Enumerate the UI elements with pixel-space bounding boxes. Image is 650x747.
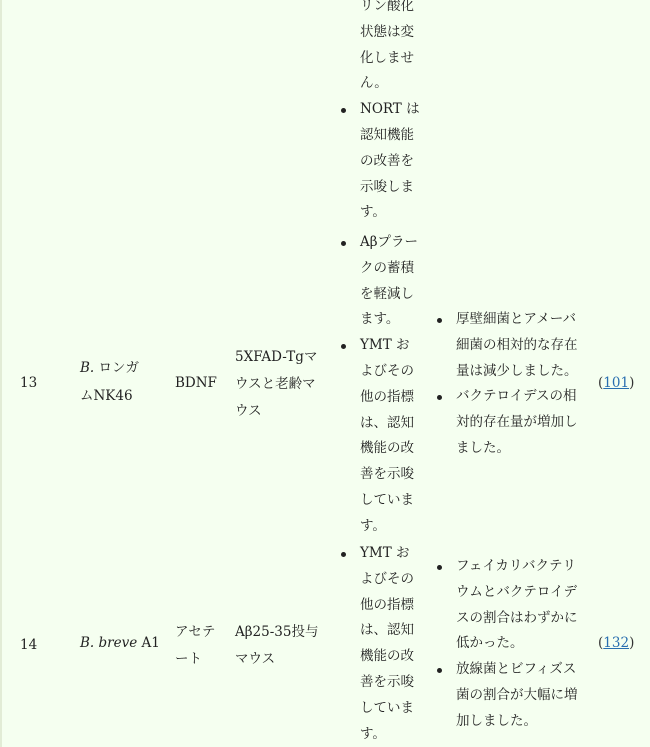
strain-name: B. ロンガ (80, 355, 139, 381)
row-number: 13 (20, 370, 37, 396)
model: 5XFAD-Tgマ (235, 344, 317, 370)
bullet-icon (341, 241, 346, 246)
findings-list: Aβプラー クの蓄積 を軽減し ます。 YMT お よびその 他の指標 は、認知… (338, 230, 433, 540)
metabolite: BDNF (175, 370, 217, 396)
microbiota-list: フェイカリバクテリ ウムとバクテロイデ スの割合はわずかに 低かった。 放線菌と… (434, 554, 594, 735)
prev-row-findings-list: リン酸化 状態は変 化しませ ん。 NORT は 認知機能 の改善を 示唆しま … (338, 0, 433, 226)
bullet-icon (437, 395, 442, 400)
bullet-icon (437, 565, 442, 570)
reference: (132) (598, 630, 634, 656)
model-cont: ウス (235, 398, 262, 424)
row-number: 14 (20, 632, 37, 658)
bullet-icon (341, 108, 346, 113)
list-item: YMT お よびその 他の指標 は、認知 機能の改 善を示唆 していま す。 (338, 333, 433, 539)
table-fragment: リン酸化 状態は変 化しませ ん。 NORT は 認知機能 の改善を 示唆しま … (0, 0, 650, 747)
bullet-icon (437, 318, 442, 323)
model-cont: ウスと老齢マ (235, 371, 316, 397)
list-item: Aβプラー クの蓄積 を軽減し ます。 (338, 230, 433, 333)
strain-name: B. breve A1 (80, 630, 160, 656)
list-item: バクテロイデスの相 対的存在量が増加し ました。 (434, 384, 594, 461)
strain-name-cont: ムNK46 (80, 383, 133, 409)
list-item: NORT は 認知機能 の改善を 示唆しま す。 (338, 97, 433, 226)
bullet-icon (341, 344, 346, 349)
reference: (101) (598, 370, 634, 396)
reference-link[interactable]: 101 (603, 375, 629, 391)
bullet-icon (437, 668, 442, 673)
model: Aβ25-35投与 (235, 619, 318, 645)
metabolite: アセテ (175, 619, 215, 645)
list-item: 厚壁細菌とアメーバ 細菌の相対的な存在 量は減少しました。 (434, 307, 594, 384)
reference-link[interactable]: 132 (603, 635, 629, 651)
list-item: YMT お よびその 他の指標 は、認知 機能の改 善を示唆 していま す。 (338, 541, 433, 747)
list-item: リン酸化 状態は変 化しませ ん。 (338, 0, 433, 97)
bullet-icon (341, 552, 346, 557)
list-item: 放線菌とビフィズス 菌の割合が大幅に増 加しました。 (434, 657, 594, 734)
metabolite-cont: ート (175, 646, 202, 672)
list-item: フェイカリバクテリ ウムとバクテロイデ スの割合はわずかに 低かった。 (434, 554, 594, 657)
findings-list: YMT お よびその 他の指標 は、認知 機能の改 善を示唆 していま す。 (338, 541, 433, 747)
microbiota-list: 厚壁細菌とアメーバ 細菌の相対的な存在 量は減少しました。 バクテロイデスの相 … (434, 307, 594, 462)
model-cont: マウス (235, 646, 275, 672)
